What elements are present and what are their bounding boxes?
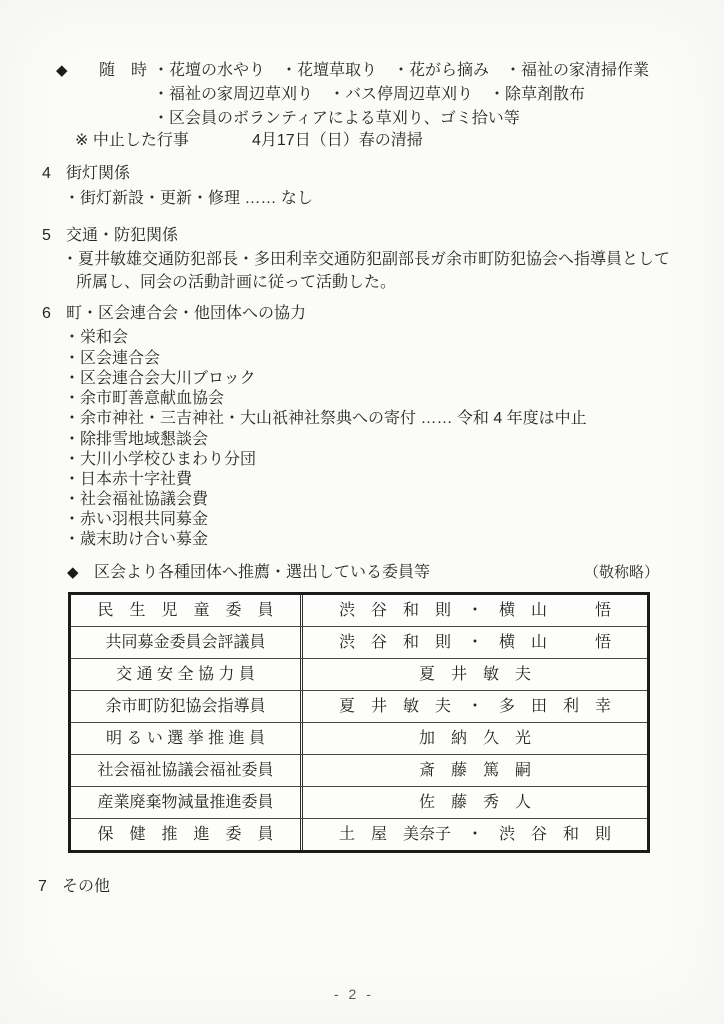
section5-line1: ・夏井敏雄交通防犯部長・多田利幸交通防犯副部長ガ余市町防犯協会へ指導員として [62,250,670,269]
cancelled-events-label: ※ 中止した行事 [75,131,189,150]
section6-item: ・大川小学校ひまわり分団 [64,450,256,469]
section6-item: ・除排雪地域懇談会 [64,430,208,449]
table-row: 社会福祉協議会福祉委員 斎 藤 篤 嗣 [71,754,647,786]
table-row: 民 生 児 童 委 員 渋 谷 和 則 ・ 横 山 悟 [71,595,647,626]
section6-item: ・区会連合会 [64,349,160,368]
section6-item: ・余市神社・三吉神社・大山祇神社祭典への寄付 …… 令和 4 年度は中止 [64,409,587,428]
section4-number: 4 [42,164,51,183]
section4-line1: ・街灯新設・更新・修理 …… なし [64,189,313,208]
section6-item: ・余市町善意献血協会 [64,389,224,408]
table-row: 余市町防犯協会指導員 夏 井 敏 夫 ・ 多 田 利 幸 [71,690,647,722]
committee-role: 民 生 児 童 委 員 [71,595,303,626]
adhoc-activities-line2: ・福祉の家周辺草刈り ・バス停周辺草刈り ・除草剤散布 [153,85,585,104]
table-row: 明 る い 選 挙 推 進 員 加 納 久 光 [71,722,647,754]
page-number: - 2 - [334,986,374,1003]
adhoc-activities-line1: ・花壇の水やり ・花壇草取り ・花がら摘み ・福祉の家清掃作業 [153,61,649,80]
section6-number: 6 [42,304,51,323]
section6-title: 町・区会連合会・他団体への協力 [66,304,306,323]
adhoc-label: 随 時 [99,61,147,80]
cancelled-event-value: 4月17日（日）春の清掃 [252,131,423,150]
section6-item: ・赤い羽根共同募金 [64,510,208,529]
table-row: 保 健 推 進 委 員 土 屋 美奈子 ・ 渋 谷 和 則 [71,818,647,850]
section6-item: ・栄和会 [64,328,128,347]
committee-role: 共同募金委員会評議員 [71,627,303,658]
section6-item: ・歳末助け合い募金 [64,530,208,549]
table-row: 共同募金委員会評議員 渋 谷 和 則 ・ 横 山 悟 [71,626,647,658]
committee-role: 産業廃棄物減量推進委員 [71,787,303,818]
committee-role: 保 健 推 進 委 員 [71,819,303,850]
section6-item: ・区会連合会大川ブロック [64,369,256,388]
section7-title: その他 [62,877,110,896]
committee-members: 加 納 久 光 [303,723,647,754]
table-row: 交 通 安 全 協 力 員 夏 井 敏 夫 [71,658,647,690]
committee-role: 明 る い 選 挙 推 進 員 [71,723,303,754]
committee-members: 佐 藤 秀 人 [303,787,647,818]
section5-line2: 所属し、同会の活動計画に従って活動した。 [76,273,396,292]
committee-members: 夏 井 敏 夫 [303,659,647,690]
section5-title: 交通・防犯関係 [66,226,178,245]
adhoc-activities-line3: ・区会員のボランティアによる草刈り、ゴミ拾い等 [153,109,520,128]
committee-members: 斎 藤 篤 嗣 [303,755,647,786]
section5-number: 5 [42,226,51,245]
adhoc-diamond-icon: ◆ [56,62,68,80]
section4-title: 街灯関係 [66,164,130,183]
table-row: 産業廃棄物減量推進委員 佐 藤 秀 人 [71,786,647,818]
section7-number: 7 [38,877,47,896]
committee-diamond-icon: ◆ [67,564,79,582]
committee-role: 社会福祉協議会福祉委員 [71,755,303,786]
committee-members: 渋 谷 和 則 ・ 横 山 悟 [303,627,647,658]
committee-members: 土 屋 美奈子 ・ 渋 谷 和 則 [303,819,647,850]
section6-item: ・社会福祉協議会費 [64,490,208,509]
committee-honorifics-note: （敬称略） [584,564,659,582]
committee-heading: 区会より各種団体へ推薦・選出している委員等 [94,563,430,582]
committee-members: 夏 井 敏 夫 ・ 多 田 利 幸 [303,691,647,722]
committee-role: 交 通 安 全 協 力 員 [71,659,303,690]
committee-table: 民 生 児 童 委 員 渋 谷 和 則 ・ 横 山 悟 共同募金委員会評議員 渋… [68,592,650,853]
section6-item: ・日本赤十字社費 [64,470,192,489]
committee-members: 渋 谷 和 則 ・ 横 山 悟 [303,595,647,626]
document-page: ◆ 随 時 ・花壇の水やり ・花壇草取り ・花がら摘み ・福祉の家清掃作業 ・福… [0,0,724,1024]
committee-role: 余市町防犯協会指導員 [71,691,303,722]
